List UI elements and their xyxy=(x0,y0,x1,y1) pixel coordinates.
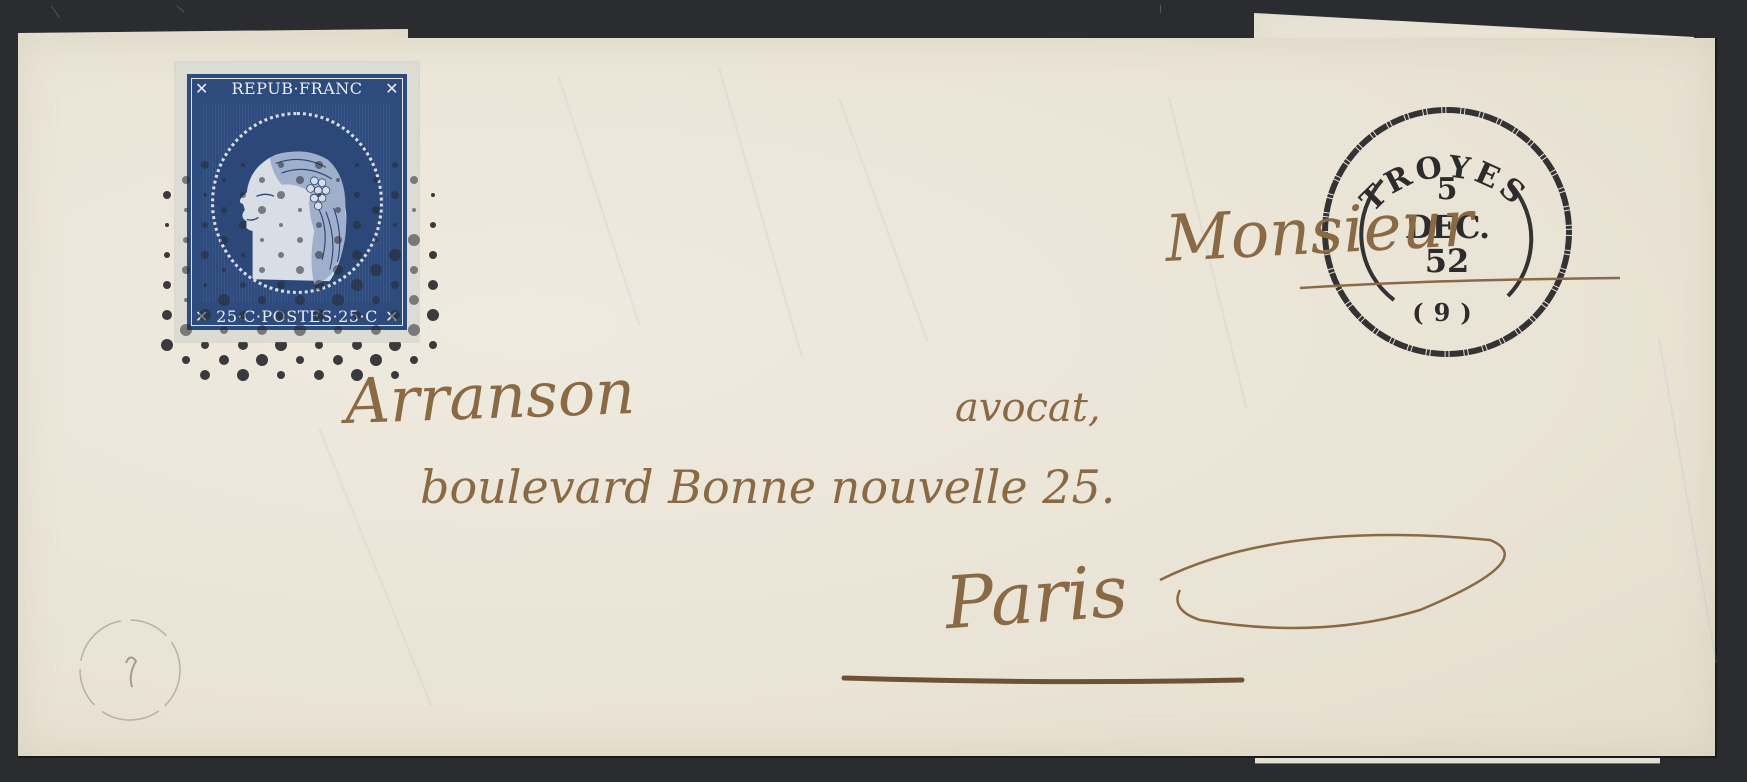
salutation-flourish xyxy=(1300,272,1630,292)
show-through-ink xyxy=(718,67,803,356)
background-speck xyxy=(1160,5,1161,13)
show-through-ink xyxy=(1658,338,1717,663)
show-through-ink xyxy=(838,97,929,342)
lozenge-cancel-overlay xyxy=(175,62,419,342)
postmark-department: (9) xyxy=(1312,298,1582,327)
city: Paris xyxy=(942,549,1130,646)
addressee-name: Arranson xyxy=(344,355,636,438)
city-flourish xyxy=(1160,530,1520,640)
addressee-title: avocat, xyxy=(955,385,1101,431)
street-address: boulevard Bonne nouvelle 25. xyxy=(420,460,1115,514)
background-speck xyxy=(51,6,60,18)
city-underline xyxy=(840,672,1250,688)
show-through-ink xyxy=(558,77,640,325)
pencil-circle-mark xyxy=(68,608,198,738)
background-speck xyxy=(176,5,184,12)
show-through-ink xyxy=(318,427,432,706)
